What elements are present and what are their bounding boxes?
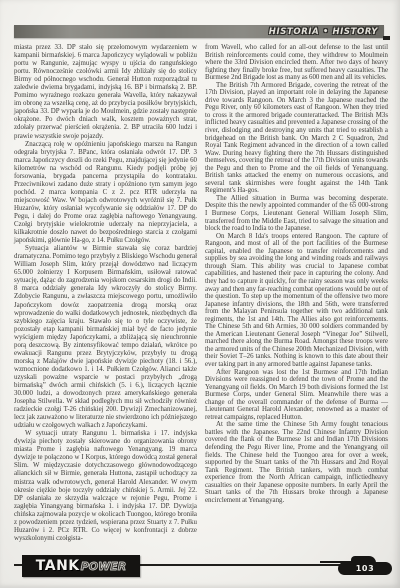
paragraph: At the same time the Chinese 5th Army fo…	[205, 421, 388, 504]
paragraph: from Wavell, who called for an all-out d…	[205, 44, 388, 82]
tank-icon: 103	[338, 556, 392, 576]
banner-corner-mark	[383, 36, 390, 40]
paragraph: The Allied situation in Burma was becomi…	[205, 195, 388, 233]
paragraph: Sytuacja aliantów w Birmie stawała się c…	[14, 245, 197, 430]
paragraph: After Rangoon was lost the 1st Burmese a…	[205, 369, 388, 422]
paragraph: miasta przez 33. DP stało się przełomowy…	[14, 44, 197, 141]
right-column-english: from Wavell, who called for an all-out d…	[205, 44, 388, 543]
paragraph: On March 8 Ida's troops entered Rangoon.…	[205, 233, 388, 369]
article-body: miasta przez 33. DP stało się przełomowy…	[14, 44, 388, 543]
paragraph: The British 7th Armored Brigade, coverin…	[205, 82, 388, 195]
left-column-polish: miasta przez 33. DP stało się przełomowy…	[14, 44, 197, 543]
logo-text-tank: TANK	[36, 559, 80, 573]
header-banner: HISTORIA • HISTORY	[14, 25, 384, 38]
tank-hull: 103	[338, 562, 392, 575]
logo-text-power: POWER	[81, 561, 127, 572]
page-number: 103	[356, 565, 375, 573]
magazine-page: HISTORIA • HISTORY miasta przez 33. DP s…	[0, 0, 400, 588]
paragraph: Znaczącą rolę w opóźnieniu japońskiego m…	[14, 141, 197, 246]
paragraph: W sytuacji utraty Rangunu 1. birmańska i…	[14, 430, 197, 543]
tankpower-logo: TANK POWER	[22, 555, 140, 577]
section-title: HISTORIA • HISTORY	[269, 27, 378, 37]
